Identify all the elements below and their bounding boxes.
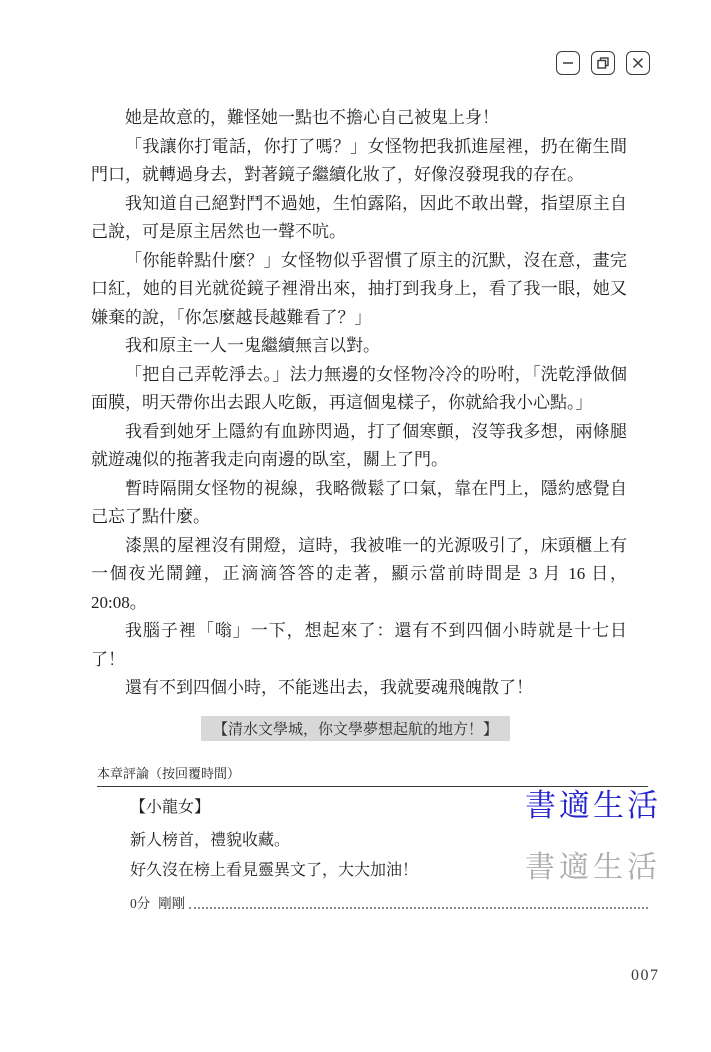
watermark-secondary: 書適生活: [525, 842, 661, 886]
chapter-paragraph: 「你能幹點什麼？」女怪物似乎習慣了原主的沉默，沒在意，畫完口紅，她的目光就從鏡子…: [91, 247, 627, 333]
restore-icon: [596, 56, 610, 70]
chapter-paragraph: 我腦子裡「嗡」一下，想起來了：還有不到四個小時就是十七日了！: [91, 617, 627, 674]
chapter-paragraph: 還有不到四個小時，不能逃出去，我就要魂飛魄散了！: [91, 674, 627, 703]
promo-banner-row: 【清水文學城，你文學夢想起航的地方！】: [0, 716, 711, 741]
chapter-paragraph: 「我讓你打電話，你打了嗎？」女怪物把我抓進屋裡，扔在衛生間門口，就轉過身去，對著…: [91, 133, 627, 190]
close-button[interactable]: [626, 51, 650, 75]
chapter-paragraph: 漆黑的屋裡沒有開燈，這時，我被唯一的光源吸引了，床頭櫃上有一個夜光鬧鐘，正滴滴答…: [91, 532, 627, 618]
minimize-button[interactable]: [556, 51, 580, 75]
chapter-paragraph: 我和原主一人一鬼繼續無言以對。: [91, 332, 627, 361]
comment-score: 0分: [130, 892, 150, 912]
chapter-paragraph: 「把自己弄乾淨去。」法力無邊的女怪物冷冷的吩咐，「洗乾淨做個面膜，明天帶你出去跟…: [91, 361, 627, 418]
page-number: 007: [631, 967, 660, 985]
close-icon: [631, 56, 645, 70]
dotted-leader: [189, 907, 648, 909]
chapter-text: 她是故意的，難怪她一點也不擔心自己被鬼上身！「我讓你打電話，你打了嗎？」女怪物把…: [91, 104, 627, 703]
comment-meta: 0分 剛剛: [130, 892, 648, 912]
chapter-paragraph: 我看到她牙上隱約有血跡閃過，打了個寒顫，沒等我多想，兩條腿就遊魂似的拖著我走向南…: [91, 418, 627, 475]
promo-banner: 【清水文學城，你文學夢想起航的地方！】: [201, 716, 510, 741]
chapter-paragraph: 我知道自己絕對鬥不過她，生怕露陷，因此不敢出聲，指望原主自己說，可是原主居然也一…: [91, 190, 627, 247]
window-controls: [556, 51, 650, 75]
watermark-primary: 書適生活: [525, 780, 661, 825]
chapter-paragraph: 她是故意的，難怪她一點也不擔心自己被鬼上身！: [91, 104, 627, 133]
chapter-paragraph: 暫時隔開女怪物的視線，我略微鬆了口氣，靠在門上，隱約感覺自己忘了點什麼。: [91, 475, 627, 532]
comment-time: 剛剛: [158, 892, 185, 912]
minimize-icon: [561, 56, 575, 70]
restore-button[interactable]: [591, 51, 615, 75]
book-page: 她是故意的，難怪她一點也不擔心自己被鬼上身！「我讓你打電話，你打了嗎？」女怪物把…: [0, 0, 711, 1052]
comments-section-title: 本章評論（按回覆時間）: [97, 766, 240, 781]
